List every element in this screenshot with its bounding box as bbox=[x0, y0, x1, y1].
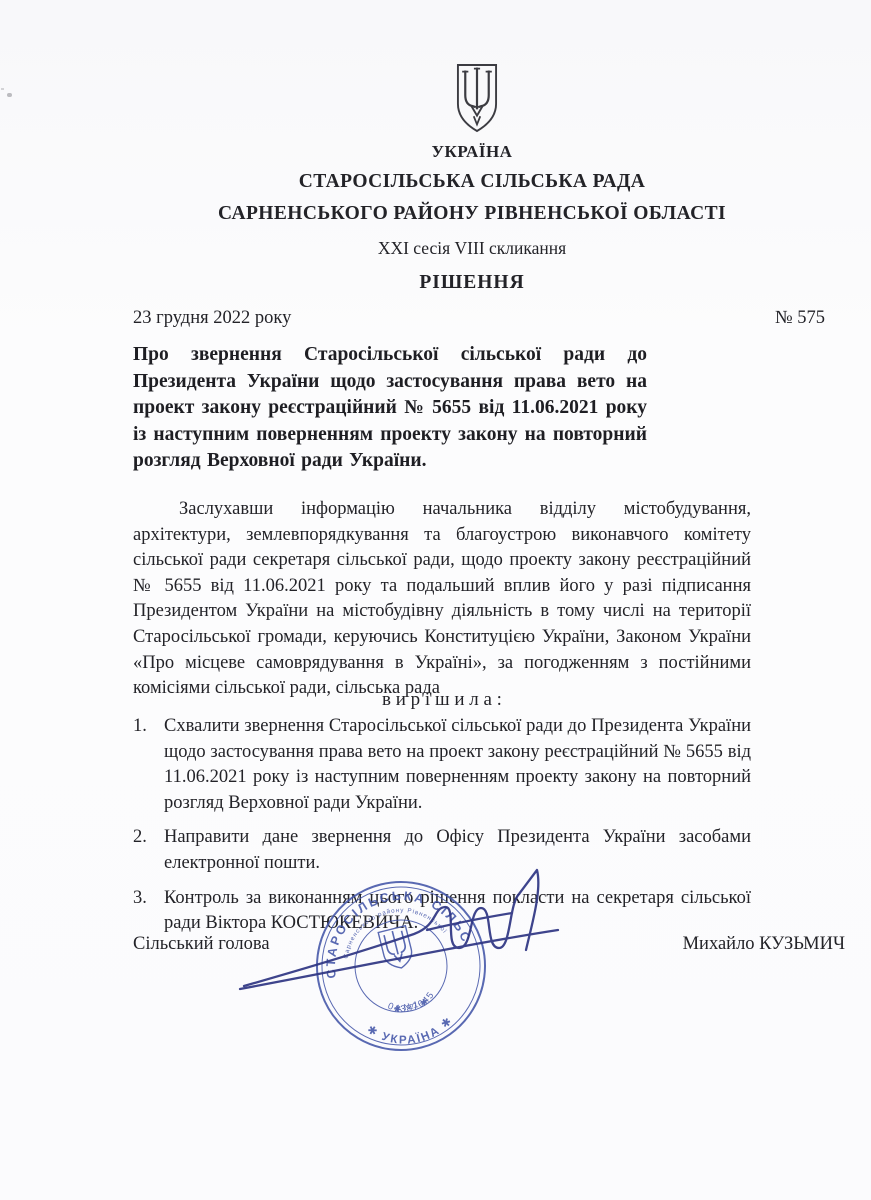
scan-artifact bbox=[7, 93, 12, 97]
scanned-document-page: УКРАЇНА СТАРОСІЛЬСЬКА СІЛЬСЬКА РАДА САРН… bbox=[0, 0, 871, 1200]
document-date: 23 грудня 2022 року bbox=[133, 308, 291, 329]
item-number: 1. bbox=[133, 714, 147, 740]
item-number: 2. bbox=[133, 825, 147, 851]
resolved-heading: в и р і ш и л а : bbox=[133, 689, 751, 711]
ukraine-trident-icon bbox=[455, 62, 499, 134]
item-text: Схвалити звернення Старосільської сільсь… bbox=[164, 716, 751, 813]
signer-name: Михайло КУЗЬМИЧ bbox=[683, 934, 845, 955]
list-item: 1. Схвалити звернення Старосільської сіл… bbox=[133, 714, 751, 816]
session-line: XXI сесія VIII скликання bbox=[90, 238, 854, 259]
district-region-line: САРНЕНСЬКОГО РАЙОНУ РІВНЕНСЬКОЇ ОБЛАСТІ bbox=[90, 203, 854, 225]
document-number: № 575 bbox=[775, 308, 825, 329]
country-title: УКРАЇНА bbox=[90, 142, 854, 162]
subject-paragraph: Про звернення Старосільської сільської р… bbox=[133, 342, 647, 475]
meta-row: 23 грудня 2022 року № 575 bbox=[133, 308, 825, 329]
handwritten-signature bbox=[222, 858, 572, 1008]
item-number: 3. bbox=[133, 886, 147, 912]
document-type-title: РІШЕННЯ bbox=[90, 272, 854, 294]
body-paragraph: Заслухавши інформацію начальника відділу… bbox=[133, 497, 751, 702]
scan-artifact bbox=[1, 88, 4, 90]
council-name: СТАРОСІЛЬСЬКА СІЛЬСЬКА РАДА bbox=[90, 171, 854, 193]
